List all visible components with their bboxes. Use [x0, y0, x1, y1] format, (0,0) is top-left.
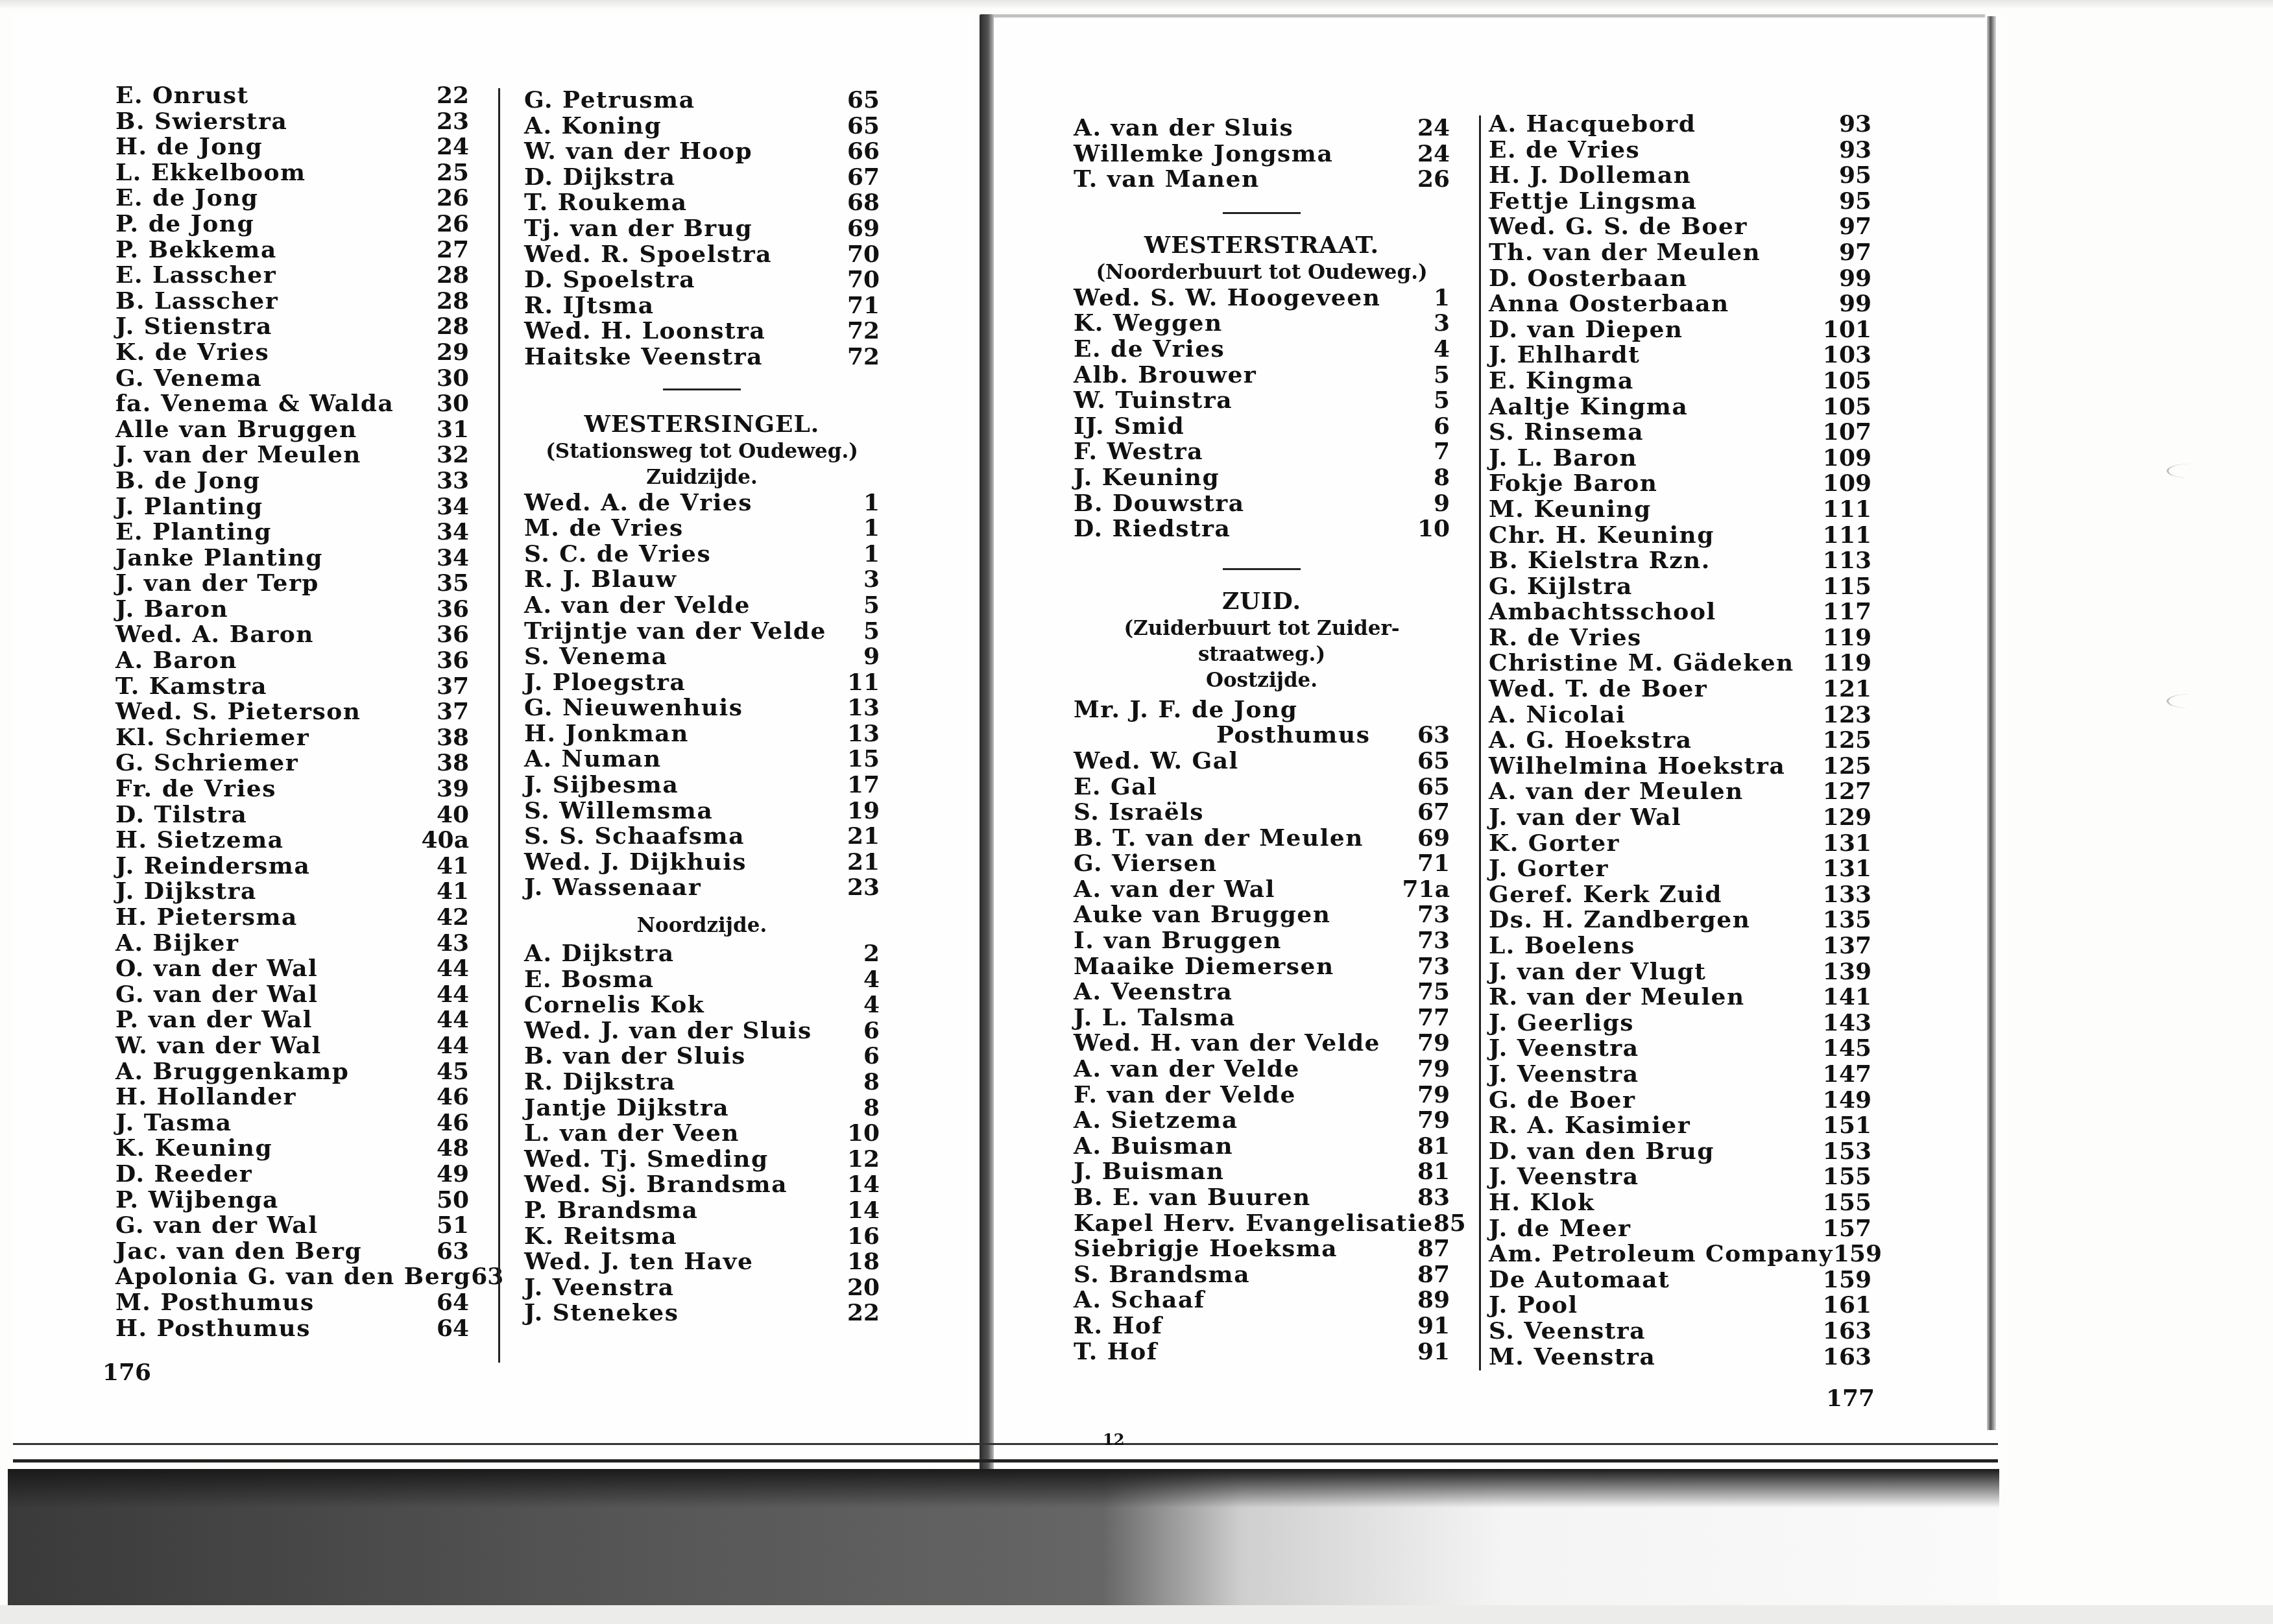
list-item: T. Roukema68: [524, 190, 880, 216]
house-number: 21: [847, 850, 880, 876]
list-item: Alb. Brouwer5: [1074, 363, 1450, 388]
resident-name: K. Reitsma: [524, 1224, 677, 1250]
list-item: J. Geerligs143: [1489, 1010, 1871, 1036]
list-item: Aaltje Kingma105: [1489, 394, 1871, 420]
house-number: 157: [1823, 1216, 1871, 1242]
house-number: 155: [1823, 1164, 1871, 1190]
house-number: 91: [1417, 1339, 1450, 1365]
house-number: 72: [847, 318, 880, 344]
resident-name: Fokje Baron: [1489, 471, 1657, 497]
list-item: Anna Oosterbaan99: [1489, 291, 1871, 317]
list-item: R. J. Blauw3: [524, 567, 880, 593]
house-number: 17: [847, 772, 880, 798]
list-item: Geref. Kerk Zuid133: [1489, 882, 1871, 908]
house-number: 27: [437, 237, 469, 263]
house-number: 105: [1823, 368, 1871, 394]
resident-name: Fettje Lingsma: [1489, 189, 1697, 215]
house-number: 69: [847, 216, 880, 242]
resident-name: P. de Jong: [115, 211, 254, 237]
list-item: Am. Petroleum Company159: [1489, 1241, 1871, 1267]
list-item: W. Tuinstra5: [1074, 388, 1450, 414]
house-number: 93: [1839, 137, 1871, 163]
resident-name: M. Keuning: [1489, 497, 1652, 523]
resident-name: G. Viersen: [1074, 851, 1218, 877]
resident-name: A. van der Wal: [1074, 877, 1275, 903]
list-item: F. van der Velde79: [1074, 1082, 1450, 1108]
house-number: 34: [437, 519, 469, 545]
resident-name: Wed. H. Loonstra: [524, 318, 765, 344]
list-item: B. de Jong33: [115, 468, 469, 494]
resident-name: R. Hof: [1074, 1313, 1163, 1339]
house-number: 1: [863, 516, 880, 542]
resident-name: O. van der Wal: [115, 956, 318, 982]
house-number: 36: [437, 648, 469, 674]
list-item: J. Gorter131: [1489, 856, 1871, 882]
resident-name: J. Reindersma: [115, 854, 310, 879]
list-item: J. Veenstra147: [1489, 1062, 1871, 1088]
section-subtitle: (Stationsweg tot Oudeweg.): [524, 438, 880, 464]
resident-name: Wed. G. S. de Boer: [1489, 214, 1748, 240]
resident-name: Wed. S. Pieterson: [115, 699, 361, 725]
resident-name: K. de Vries: [115, 340, 269, 366]
house-number: 101: [1823, 317, 1871, 343]
house-number: 6: [863, 1044, 880, 1069]
list-item: Willemke Jongsma24: [1074, 141, 1450, 167]
house-number: 42: [437, 905, 469, 931]
list-item: A. van der Wal71a: [1074, 877, 1450, 903]
house-number: 97: [1839, 214, 1871, 240]
house-number: 28: [437, 314, 469, 340]
house-number: 115: [1823, 574, 1871, 600]
house-number: 40: [437, 802, 469, 828]
list-item: G. Kijlstra115: [1489, 574, 1871, 600]
list-item: Wilhelmina Hoekstra125: [1489, 754, 1871, 780]
resident-name: J. Keuning: [1074, 465, 1220, 491]
list-item: G. van der Wal51: [115, 1213, 469, 1239]
list-item: Ds. H. Zandbergen135: [1489, 907, 1871, 933]
house-number: 149: [1823, 1088, 1871, 1114]
list-item: L. Ekkelboom25: [115, 160, 469, 186]
column-divider: [1479, 115, 1481, 1370]
house-number: 83: [1417, 1185, 1450, 1211]
resident-name: T. van Manen: [1074, 167, 1260, 193]
resident-name: R. van der Meulen: [1489, 985, 1745, 1010]
resident-name: Geref. Kerk Zuid: [1489, 882, 1722, 908]
house-number: 133: [1823, 882, 1871, 908]
list-item: R. van der Meulen141: [1489, 985, 1871, 1010]
list-item: A. Numan15: [524, 746, 880, 772]
resident-name: G. Venema: [115, 366, 262, 392]
list-item: S. S. Schaafsma21: [524, 824, 880, 850]
house-number: 1: [863, 490, 880, 516]
resident-name: Wed. W. Gal: [1074, 748, 1239, 774]
page-bottom-edges: [13, 1443, 1998, 1463]
list-item: Kl. Schriemer38: [115, 725, 469, 751]
list-item: Siebrigje Hoeksma87: [1074, 1236, 1450, 1262]
house-number: 14: [847, 1172, 880, 1198]
list-item: M. Posthumus64: [115, 1290, 469, 1316]
list-item: Wed. G. S. de Boer97: [1489, 214, 1871, 240]
resident-name: A. Nicolai: [1489, 702, 1626, 728]
house-number: 44: [437, 982, 469, 1008]
list-item: R. IJtsma71: [524, 293, 880, 319]
resident-name: J. Tasma: [115, 1110, 232, 1136]
resident-name: Auke van Bruggen: [1074, 902, 1330, 928]
section-rule: [663, 388, 741, 390]
resident-name: De Automaat: [1489, 1267, 1670, 1293]
scan-top-edge: [0, 0, 2273, 9]
list-item: J. Tasma46: [115, 1110, 469, 1136]
list-item: T. Kamstra37: [115, 674, 469, 700]
list-item: G. Schriemer38: [115, 750, 469, 776]
house-number: 89: [1417, 1287, 1450, 1313]
resident-name: J. Veenstra: [524, 1275, 675, 1301]
house-number: 105: [1823, 394, 1871, 420]
resident-name: E. de Vries: [1489, 137, 1640, 163]
house-number: 123: [1823, 702, 1871, 728]
resident-name: A. van der Velde: [1074, 1057, 1300, 1082]
house-number: 46: [437, 1110, 469, 1136]
list-item: J. van der Terp35: [115, 571, 469, 597]
resident-name: J. van der Meulen: [115, 442, 361, 468]
list-item: De Automaat159: [1489, 1267, 1871, 1293]
house-number: 36: [437, 597, 469, 623]
house-number: 73: [1417, 954, 1450, 980]
list-item: T. Hof91: [1074, 1339, 1450, 1365]
resident-name: J. Pool: [1489, 1293, 1578, 1319]
house-number: 81: [1417, 1159, 1450, 1185]
resident-name: Wed. Sj. Brandsma: [524, 1172, 788, 1198]
list-item: J. Dijkstra41: [115, 879, 469, 905]
house-number: 6: [1434, 414, 1450, 440]
house-number: 30: [437, 366, 469, 392]
resident-name: H. J. Dolleman: [1489, 163, 1691, 189]
list-item: Cornelis Kok4: [524, 992, 880, 1018]
list-item: B. Kielstra Rzn.113: [1489, 548, 1871, 574]
resident-name: E. Kingma: [1489, 368, 1634, 394]
resident-name: B. van der Sluis: [524, 1044, 746, 1069]
list-item: P. Bekkema27: [115, 237, 469, 263]
house-number: 91: [1417, 1313, 1450, 1339]
resident-name: G. Nieuwenhuis: [524, 695, 743, 721]
house-number: 87: [1417, 1236, 1450, 1262]
list-item: Wed. Sj. Brandsma14: [524, 1172, 880, 1198]
list-item: A. Baron36: [115, 648, 469, 674]
house-number: 79: [1417, 1082, 1450, 1108]
house-number: 4: [1434, 337, 1450, 363]
resident-name: Wed. A. de Vries: [524, 490, 752, 516]
house-number: 22: [437, 83, 469, 109]
list-item: R. Dijkstra8: [524, 1069, 880, 1095]
page-number-left: 176: [102, 1359, 151, 1386]
house-number: 34: [437, 545, 469, 571]
resident-name: P. van der Wal: [115, 1007, 313, 1033]
house-number: 119: [1823, 625, 1871, 651]
house-number: 147: [1823, 1062, 1871, 1088]
resident-name: M. de Vries: [524, 516, 684, 542]
list-item: I. van Bruggen73: [1074, 928, 1450, 954]
house-number: 24: [437, 134, 469, 160]
house-number: 145: [1823, 1036, 1871, 1062]
resident-name: Wed. Tj. Smeding: [524, 1147, 769, 1173]
house-number: 44: [437, 1007, 469, 1033]
resident-name: Kl. Schriemer: [115, 725, 309, 751]
resident-name: B. E. van Buuren: [1074, 1185, 1311, 1211]
resident-name: H. Posthumus: [115, 1316, 311, 1342]
list-item: B. T. van der Meulen69: [1074, 826, 1450, 852]
list-item: B. Douwstra9: [1074, 491, 1450, 517]
resident-name: A. Dijkstra: [524, 941, 675, 967]
list-item: D. Reeder49: [115, 1162, 469, 1188]
list-item: W. van der Hoop66: [524, 139, 880, 165]
house-number: 3: [863, 567, 880, 593]
resident-name: A. Buisman: [1074, 1134, 1233, 1160]
resident-name: Wed. S. W. Hoogeveen: [1074, 285, 1380, 311]
list-item: A. Veenstra75: [1074, 979, 1450, 1005]
list-item: J. Stenekes22: [524, 1300, 880, 1326]
list-item: M. Keuning111: [1489, 497, 1871, 523]
resident-name: J. Veenstra: [1489, 1164, 1639, 1190]
list-item: J. Pool161: [1489, 1293, 1871, 1319]
resident-name: S. Venema: [524, 644, 667, 670]
resident-name: G. de Boer: [1489, 1088, 1635, 1114]
resident-name: Kapel Herv. Evangelisatie: [1074, 1211, 1434, 1237]
house-number: 13: [847, 721, 880, 747]
house-number: 65: [1417, 748, 1450, 774]
resident-name: Ds. H. Zandbergen: [1489, 907, 1750, 933]
house-number: 18: [847, 1249, 880, 1275]
house-number: 109: [1823, 446, 1871, 472]
resident-name: H. Sietzema: [115, 828, 284, 854]
house-number: 159: [1823, 1267, 1871, 1293]
house-number: 5: [863, 619, 880, 645]
resident-name: G. Petrusma: [524, 88, 695, 113]
list-item: O. van der Wal44: [115, 956, 469, 982]
punch-hole-mark: [2167, 694, 2214, 708]
resident-name: J. L. Baron: [1489, 446, 1637, 472]
resident-name: F. Westra: [1074, 439, 1203, 465]
list-item: Fokje Baron109: [1489, 471, 1871, 497]
list-item: K. Keuning48: [115, 1136, 469, 1162]
house-number: 139: [1823, 959, 1871, 985]
resident-name: J. van der Wal: [1489, 805, 1681, 831]
resident-name: M. Posthumus: [115, 1290, 315, 1316]
house-number: 65: [1417, 774, 1450, 800]
resident-name: Aaltje Kingma: [1489, 394, 1688, 420]
resident-name: Trijntje van der Velde: [524, 619, 826, 645]
house-number: 99: [1839, 291, 1871, 317]
list-item: E. Planting34: [115, 519, 469, 545]
resident-name: J. L. Talsma: [1074, 1005, 1236, 1031]
house-number: 8: [863, 1069, 880, 1095]
house-number: 31: [437, 417, 469, 443]
list-item: G. Venema30: [115, 366, 469, 392]
resident-name: Jantje Dijkstra: [524, 1095, 729, 1121]
list-item: Ambachtsschool117: [1489, 599, 1871, 625]
resident-name: S. Willemsma: [524, 798, 713, 824]
house-number: 11: [847, 670, 880, 696]
westerstraat-list: Wed. S. W. Hoogeveen1K. Weggen3E. de Vri…: [1074, 285, 1450, 542]
list-item: Janke Planting34: [115, 545, 469, 571]
resident-name: Maaike Diemersen: [1074, 954, 1334, 980]
resident-name: H. Jonkman: [524, 721, 689, 747]
resident-name: J. van der Vlugt: [1489, 959, 1706, 985]
resident-name: Fr. de Vries: [115, 776, 276, 802]
list-item: S. Venema9: [524, 644, 880, 670]
resident-name: Alle van Bruggen: [115, 417, 357, 443]
list-item: J. Veenstra155: [1489, 1164, 1871, 1190]
resident-name: A. Bruggenkamp: [115, 1059, 350, 1085]
list-item: J. L. Baron109: [1489, 446, 1871, 472]
house-number: 117: [1823, 599, 1871, 625]
resident-name: E. Gal: [1074, 774, 1157, 800]
list-item: J. Planting34: [115, 494, 469, 520]
house-number: 22: [847, 1300, 880, 1326]
section-subtitle-line1: (Zuiderbuurt tot Zuider-: [1074, 615, 1450, 641]
house-number: 79: [1417, 1108, 1450, 1134]
list-item: J. Keuning8: [1074, 465, 1450, 491]
resident-name: W. Tuinstra: [1074, 388, 1233, 414]
house-number: 163: [1823, 1344, 1871, 1370]
resident-name: S. Veenstra: [1489, 1319, 1646, 1344]
house-number: 73: [1417, 902, 1450, 928]
resident-name: E. Lasscher: [115, 263, 276, 289]
house-number: 71: [1417, 851, 1450, 877]
resident-name: A. G. Hoekstra: [1489, 728, 1692, 754]
list-item: Wed. T. de Boer121: [1489, 676, 1871, 702]
list-item: Haitske Veenstra72: [524, 344, 880, 370]
list-item: Wed. S. Pieterson37: [115, 699, 469, 725]
list-item: D. van Diepen101: [1489, 317, 1871, 343]
list-item: Mr. J. F. de Jong: [1074, 697, 1450, 723]
list-item: H. de Jong24: [115, 134, 469, 160]
section-heading-westerstraat: WESTERSTRAAT.: [1074, 231, 1450, 259]
list-item: A. Sietzema79: [1074, 1108, 1450, 1134]
resident-name: J. Gorter: [1489, 856, 1609, 882]
list-item: H. Hollander46: [115, 1084, 469, 1110]
list-item: E. Lasscher28: [115, 263, 469, 289]
resident-name: D. van den Brug: [1489, 1139, 1714, 1165]
list-item: Wed. J. Dijkhuis21: [524, 850, 880, 876]
list-item: R. de Vries119: [1489, 625, 1871, 651]
resident-name: K. Keuning: [115, 1136, 272, 1162]
list-item: H. Klok155: [1489, 1190, 1871, 1216]
list-item: K. Reitsma16: [524, 1224, 880, 1250]
list-item: B. Lasscher28: [115, 289, 469, 315]
resident-name: D. Riedstra: [1074, 516, 1231, 542]
list-item: Wed. W. Gal65: [1074, 748, 1450, 774]
house-number: 38: [437, 750, 469, 776]
house-number: 5: [1434, 388, 1450, 414]
resident-name: Wed. J. Dijkhuis: [524, 850, 747, 876]
list-item: Wed. J. ten Have18: [524, 1249, 880, 1275]
resident-name: Mr. J. F. de Jong: [1074, 697, 1297, 723]
house-number: 24: [1417, 115, 1450, 141]
resident-name: A. van der Sluis: [1074, 115, 1293, 141]
house-number: 113: [1823, 548, 1871, 574]
list-item: fa. Venema & Walda30: [115, 391, 469, 417]
house-number: 23: [847, 875, 880, 901]
resident-name: Siebrigje Hoeksma: [1074, 1236, 1338, 1262]
house-number: 44: [437, 956, 469, 982]
list-item: J. Stienstra28: [115, 314, 469, 340]
resident-name: Wed. H. van der Velde: [1074, 1031, 1380, 1057]
house-number: 66: [847, 139, 880, 165]
list-item: Fettje Lingsma95: [1489, 189, 1871, 215]
list-item: Tj. van der Brug69: [524, 216, 880, 242]
resident-name: J. Stienstra: [115, 314, 272, 340]
resident-name: T. Kamstra: [115, 674, 267, 700]
list-item: Wed. A. Baron36: [115, 622, 469, 648]
list-item: D. Riedstra10: [1074, 516, 1450, 542]
house-number: 13: [847, 695, 880, 721]
list-item: A. van der Velde79: [1074, 1057, 1450, 1082]
list-item: J. Veenstra20: [524, 1275, 880, 1301]
resident-name: D. Tilstra: [115, 802, 247, 828]
list-item: Wed. S. W. Hoogeveen1: [1074, 285, 1450, 311]
sheet-number: 12: [1103, 1430, 1124, 1449]
house-number: 10: [847, 1121, 880, 1147]
list-item: S. Brandsma87: [1074, 1262, 1450, 1288]
resident-name: A. Hacquebord: [1489, 112, 1696, 137]
house-number: 67: [847, 165, 880, 191]
resident-name: Apolonia G. van den Berg: [115, 1264, 471, 1290]
list-item: F. Westra7: [1074, 439, 1450, 465]
list-item: A. Bruggenkamp45: [115, 1059, 469, 1085]
list-item: Jantje Dijkstra8: [524, 1095, 880, 1121]
list-item: A. Koning65: [524, 113, 880, 139]
house-number: 8: [863, 1095, 880, 1121]
section-heading-westersingel: WESTERSINGEL.: [524, 410, 880, 438]
side-label-zuidzijde: Zuidzijde.: [524, 464, 880, 490]
list-item: S. Willemsma19: [524, 798, 880, 824]
house-number: 97: [1839, 240, 1871, 266]
list-item: E. de Jong26: [115, 185, 469, 211]
house-number: 95: [1839, 189, 1871, 215]
house-number: 24: [1417, 141, 1450, 167]
resident-name: Th. van der Meulen: [1489, 240, 1761, 266]
house-number: 9: [863, 644, 880, 670]
list-item: A. van der Meulen127: [1489, 779, 1871, 805]
section-rule: [1223, 212, 1301, 214]
book-spine: [980, 14, 994, 1474]
list-item: J. van der Vlugt139: [1489, 959, 1871, 985]
house-number: 143: [1823, 1010, 1871, 1036]
resident-name: Tj. van der Brug: [524, 216, 752, 242]
resident-name: Ambachtsschool: [1489, 599, 1716, 625]
house-number: 71: [847, 293, 880, 319]
resident-name: E. de Vries: [1074, 337, 1225, 363]
punch-hole-mark: [2167, 464, 2214, 478]
list-item: B. Swierstra23: [115, 109, 469, 135]
list-item: A. Buisman81: [1074, 1134, 1450, 1160]
house-number: 103: [1823, 342, 1871, 368]
resident-name: J. Geerligs: [1489, 1010, 1634, 1036]
resident-name: J. Veenstra: [1489, 1036, 1639, 1062]
zuid-oostzijde-list: Wed. W. Gal65E. Gal65S. Israëls67B. T. v…: [1074, 748, 1450, 1365]
list-item: Christine M. Gädeken119: [1489, 651, 1871, 676]
house-number: 64: [437, 1316, 469, 1342]
resident-name: J. Ploegstra: [524, 670, 686, 696]
resident-name: A. Baron: [115, 648, 237, 674]
house-number: 16: [847, 1224, 880, 1250]
list-item: E. Gal65: [1074, 774, 1450, 800]
resident-name: A. Koning: [524, 113, 662, 139]
resident-name: R. Dijkstra: [524, 1069, 676, 1095]
resident-name: Jac. van den Berg: [115, 1239, 362, 1265]
list-item: B. E. van Buuren83: [1074, 1185, 1450, 1211]
house-number: 93: [1839, 112, 1871, 137]
